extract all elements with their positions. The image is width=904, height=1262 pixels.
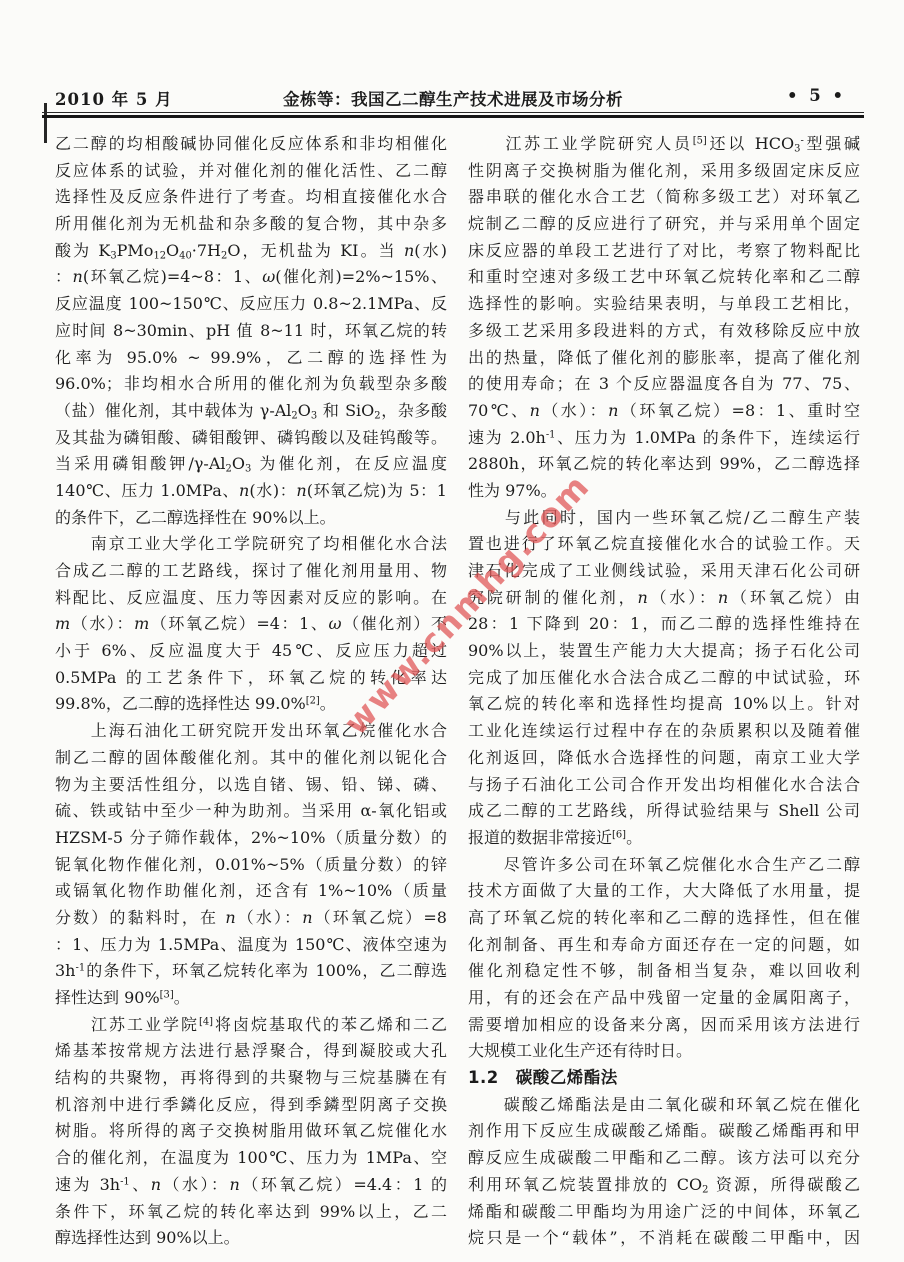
page-header: 2010 年 5 月 金栋等：我国乙二醇生产技术进展及市场分析 • 5 •: [42, 86, 864, 110]
text-line: 性阴离子交换树脂为催化剂，采用多级固定床反应: [468, 158, 860, 185]
text-line: 反应温度 100~150℃、反应压力 0.8~2.1MPa、反: [55, 291, 447, 318]
text-line: 合的催化剂，在温度为 100℃、压力为 1MPa、空: [55, 1145, 447, 1172]
text-line: 究院研制的催化剂，n（水）：n（环氧乙烷）由: [468, 585, 860, 612]
text-line: 择性达到 90%[3]。: [55, 985, 447, 1012]
text-line: 分数）的黏料时，在 n（水）：n（环氧乙烷）=8: [55, 905, 447, 932]
text-line: 剂作用下反应生成碳酸乙烯酯。碳酸乙烯酯再和甲: [468, 1118, 860, 1145]
text-line: 料配比、反应温度、压力等因素对反应的影响。在: [55, 585, 447, 612]
header-rule-thick: [42, 115, 864, 118]
text-line: 碳酸乙烯酯法是由二氧化碳和环氧乙烷在催化: [468, 1092, 860, 1119]
section-heading: 1.2 碳酸乙烯酯法: [468, 1065, 860, 1092]
text-line: 的条件下，乙二醇选择性在 90%以上。: [55, 505, 447, 532]
text-line: 96.0%；非均相水合所用的催化剂为负载型杂多酸: [55, 371, 447, 398]
text-line: 江苏工业学院[4]将卤烷基取代的苯乙烯和二乙: [55, 1012, 447, 1039]
text-line: 多级工艺采用多段进料的方式，有效移除反应中放: [468, 318, 860, 345]
text-line: 催化剂稳定性不够，制备相当复杂，难以回收利: [468, 958, 860, 985]
page: 2010 年 5 月 金栋等：我国乙二醇生产技术进展及市场分析 • 5 • 乙二…: [0, 0, 904, 1262]
text-line: 条件下，环氧乙烷的转化率达到 99%以上，乙二: [55, 1199, 447, 1226]
text-line: 28：1 下降到 20：1，而乙二醇的选择性维持在: [468, 611, 860, 638]
text-line: 技术方面做了大量的工作，大大降低了水用量，提: [468, 878, 860, 905]
text-line: 酸为 K3PMo12O40·7H2O，无机盐为 KI。当 n(水): [55, 238, 447, 265]
text-line: 醇选择性达到 90%以上。: [55, 1225, 447, 1252]
text-line: 江苏工业学院研究人员[5]还以 HCO3-型强碱: [468, 131, 860, 158]
text-line: 出的热量，降低了催化剂的膨胀率，提高了催化剂: [468, 345, 860, 372]
text-line: 的使用寿命；在 3 个反应器温度各自为 77、75、: [468, 371, 860, 398]
text-line: 140℃、压力 1.0MPa、n(水)：n(环氧乙烷)为 5：1: [55, 478, 447, 505]
text-line: ：1、压力为 1.5MPa、温度为 150℃、液体空速为: [55, 932, 447, 959]
text-line: 合成乙二醇的工艺路线，探讨了催化剂用量用、物: [55, 558, 447, 585]
text-line: 需要增加相应的设备来分离，因而采用该方法进行: [468, 1012, 860, 1039]
text-line: 90%以上，装置生产能力大大提高；扬子石化公司: [468, 638, 860, 665]
text-line: 结构的共聚物，再将得到的共聚物与三烷基膦在有: [55, 1065, 447, 1092]
text-line: m（水）：m（环氧乙烷）=4：1、ω（催化剂）不: [55, 611, 447, 638]
text-line: 及其盐为磷钼酸、磷钼酸钾、磷钨酸以及硅钨酸等。: [55, 425, 447, 452]
text-line: 醇反应生成碳酸二甲酯和乙二醇。该方法可以充分: [468, 1145, 860, 1172]
text-line: 应时间 8~30min、pH 值 8~11 时，环氧乙烷的转: [55, 318, 447, 345]
text-line: 床反应器的单段工艺进行了对比，考察了物料配比: [468, 238, 860, 265]
text-line: 70℃、n（水）：n（环氧乙烷）=8：1、重时空: [468, 398, 860, 425]
text-line: 工业化连续运行过程中存在的杂质累积以及随着催: [468, 718, 860, 745]
text-line: 或镉氧化物作助催化剂，还含有 1%~10%（质量: [55, 878, 447, 905]
text-line: 烷制乙二醇的反应进行了研究，并与采用单个固定: [468, 211, 860, 238]
text-line: 完成了加压催化水合法合成乙二醇的中试试验，环: [468, 665, 860, 692]
text-line: 速为 2.0h-1、压力为 1.0MPa 的条件下，连续运行: [468, 425, 860, 452]
text-line: 南京工业大学化工学院研究了均相催化水合法: [55, 531, 447, 558]
text-line: 机溶剂中进行季鏻化反应，得到季鏻型阴离子交换: [55, 1092, 447, 1119]
text-line: 大规模工业化生产还有待时日。: [468, 1038, 860, 1065]
text-line: 当采用磷钼酸钾/γ-Al2O3 为催化剂，在反应温度: [55, 451, 447, 478]
text-line: 3h-1的条件下，环氧乙烷转化率为 100%，乙二醇选: [55, 958, 447, 985]
text-line: 烯酯和碳酸二甲酯均为用途广泛的中间体，环氧乙: [468, 1199, 860, 1226]
text-line: 硫、铁或钴中至少一种为助剂。当采用 α-氧化铝或: [55, 798, 447, 825]
text-line: 上海石油化工研究院开发出环氧乙烷催化水合: [55, 718, 447, 745]
header-running-title: 金栋等：我国乙二醇生产技术进展及市场分析: [42, 86, 864, 110]
text-line: 尽管许多公司在环氧乙烷催化水合生产乙二醇: [468, 852, 860, 879]
text-line: 性为 97%。: [468, 478, 860, 505]
text-line: 高了环氧乙烷的转化率和乙二醇的选择性，但在催: [468, 905, 860, 932]
text-line: 物为主要活性组分，以选自锗、锡、铅、锑、磷、: [55, 772, 447, 799]
text-line: 烯基苯按常规方法进行悬浮聚合，得到凝胶或大孔: [55, 1038, 447, 1065]
text-line: 铌氧化物作催化剂，0.01%~5%（质量分数）的锌: [55, 852, 447, 879]
text-line: 选择性及反应条件进行了考查。均相直接催化水合: [55, 184, 447, 211]
text-line: 氧乙烷的转化率和选择性均提高 10%以上。针对: [468, 691, 860, 718]
text-line: HZSM-5 分子筛作载体，2%~10%（质量分数）的: [55, 825, 447, 852]
text-line: ：n(环氧乙烷)=4~8：1、ω(催化剂)=2%~15%、: [55, 264, 447, 291]
text-line: 乙二醇的均相酸碱协同催化反应体系和非均相催化: [55, 131, 447, 158]
text-line: 成乙二醇的工艺路线，所得试验结果与 Shell 公司: [468, 798, 860, 825]
text-line: 和重时空速对多级工艺中环氧乙烷转化率和乙二醇: [468, 264, 860, 291]
text-line: 利用环氧乙烷装置排放的 CO2 资源，所得碳酸乙: [468, 1172, 860, 1199]
text-line: 化率为 95.0% ~ 99.9%，乙二醇的选择性为: [55, 345, 447, 372]
text-line: 所用催化剂为无机盐和杂多酸的复合物，其中杂多: [55, 211, 447, 238]
text-line: 与扬子石油化工公司合作开发出均相催化水合法合: [468, 772, 860, 799]
text-line: （盐）催化剂，其中载体为 γ-Al2O3 和 SiO2，杂多酸: [55, 398, 447, 425]
text-line: 器串联的催化水合工艺（简称多级工艺）对环氧乙: [468, 184, 860, 211]
text-line: 化剂制备、再生和寿命方面还存在一定的问题，如: [468, 932, 860, 959]
text-line: 树脂。将所得的离子交换树脂用做环氧乙烷催化水: [55, 1118, 447, 1145]
text-line: 速为 3h-1、n（水）：n（环氧乙烷）=4.4：1 的: [55, 1172, 447, 1199]
text-line: 化剂返回，降低水合选择性的问题，南京工业大学: [468, 745, 860, 772]
text-line: 用，有的还会在产品中残留一定量的金属阳离子，: [468, 985, 860, 1012]
text-line: 2880h，环氧乙烷的转化率达到 99%，乙二醇选择: [468, 451, 860, 478]
text-line: 报道的数据非常接近[6]。: [468, 825, 860, 852]
right-column: 江苏工业学院研究人员[5]还以 HCO3-型强碱性阴离子交换树脂为催化剂，采用多…: [468, 131, 860, 1252]
text-line: 反应体系的试验，并对催化剂的催化活性、乙二醇: [55, 158, 447, 185]
text-line: 制乙二醇的固体酸催化剂。其中的催化剂以铌化合: [55, 745, 447, 772]
header-page-number: • 5 •: [787, 86, 846, 105]
text-line: 烷只是一个“载体”，不消耗在碳酸二甲酯中，因: [468, 1225, 860, 1252]
text-line: 选择性的影响。实验结果表明，与单段工艺相比，: [468, 291, 860, 318]
header-rule-thin: [42, 112, 864, 113]
